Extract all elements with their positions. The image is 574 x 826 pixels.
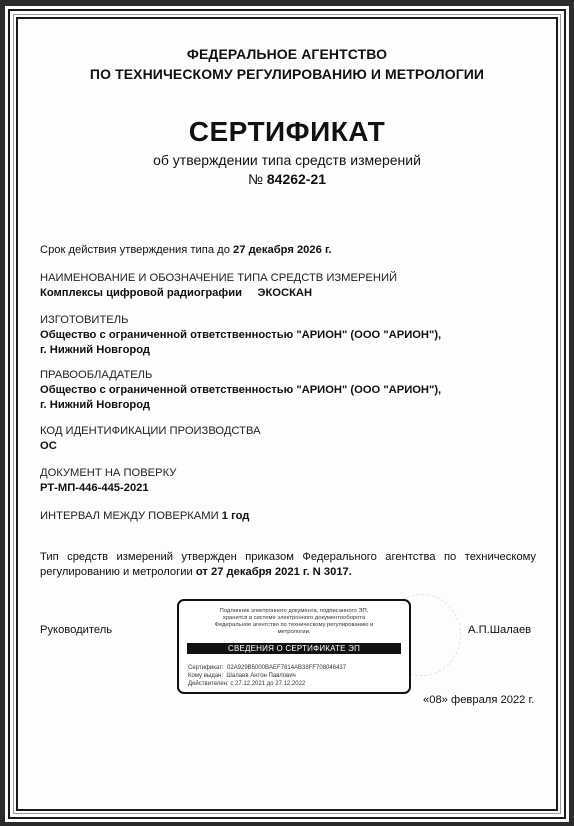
issued-to-row: Кому выдан: Шалаев Антон Павлович: [188, 672, 346, 680]
section-value: Общество с ограниченной ответственностью…: [40, 328, 441, 343]
number-sign: №: [248, 171, 263, 187]
certificate-number-value: 84262-21: [267, 171, 326, 187]
electronic-signature-stamp: Подлинник электронного документа, подпис…: [177, 599, 411, 694]
stamp-note: Подлинник электронного документа, подпис…: [179, 608, 409, 636]
section-manufacturer: ИЗГОТОВИТЕЛЬ Общество с ограниченной отв…: [40, 313, 441, 358]
section-value: РТ-МП-446-445-2021: [40, 481, 176, 496]
agency-name-line1: ФЕДЕРАЛЬНОЕ АГЕНТСТВО: [5, 44, 569, 64]
section-label: ИЗГОТОВИТЕЛЬ: [40, 313, 441, 328]
section-label: ПРАВООБЛАДАТЕЛЬ: [40, 368, 441, 383]
section-value-city: г. Нижний Новгород: [40, 398, 441, 413]
section-value: Общество с ограниченной ответственностью…: [40, 383, 441, 398]
section-verification-document: ДОКУМЕНТ НА ПОВЕРКУ РТ-МП-446-445-2021: [40, 466, 176, 496]
certificate-page: ФЕДЕРАЛЬНОЕ АГЕНТСТВО ПО ТЕХНИЧЕСКОМУ РЕ…: [5, 6, 569, 822]
interval-value: 1 год: [222, 510, 250, 522]
approval-order-paragraph: Тип средств измерений утвержден приказом…: [40, 550, 536, 580]
section-production-code: КОД ИДЕНТИФИКАЦИИ ПРОИЗВОДСТВА ОС: [40, 424, 261, 454]
section-value-city: г. Нижний Новгород: [40, 343, 441, 358]
interval-label: ИНТЕРВАЛ МЕЖДУ ПОВЕРКАМИ: [40, 510, 219, 522]
verification-interval: ИНТЕРВАЛ МЕЖДУ ПОВЕРКАМИ 1 год: [40, 509, 249, 524]
document-title: СЕРТИФИКАТ: [5, 116, 569, 148]
validity-row: Действителен: с 27.12.2021 до 27.12.2022: [188, 680, 346, 688]
certificate-id-row: Сертификат: 02A929B5000BAEF7814AB38FF708…: [188, 664, 346, 672]
validity-prefix: Срок действия утверждения типа до: [40, 244, 230, 256]
section-rights-holder: ПРАВООБЛАДАТЕЛЬ Общество с ограниченной …: [40, 368, 441, 413]
section-type-name: НАИМЕНОВАНИЕ И ОБОЗНАЧЕНИЕ ТИПА СРЕДСТВ …: [40, 271, 397, 301]
validity-date: 27 декабря 2026 г.: [233, 244, 332, 256]
document-subtitle: об утверждении типа средств измерений: [5, 152, 569, 168]
certificate-number: № 84262-21: [5, 171, 569, 187]
agency-name-line2: ПО ТЕХНИЧЕСКОМУ РЕГУЛИРОВАНИЮ И МЕТРОЛОГ…: [5, 64, 569, 84]
signatory-name: А.П.Шалаев: [468, 623, 531, 638]
signature-date: «08» февраля 2022 г.: [423, 693, 534, 708]
section-value: Комплексы цифровой радиографии ЭКОСКАН: [40, 286, 397, 301]
validity-line: Срок действия утверждения типа до 27 дек…: [40, 243, 332, 258]
section-value: ОС: [40, 439, 261, 454]
section-label: ДОКУМЕНТ НА ПОВЕРКУ: [40, 466, 176, 481]
signatory-role: Руководитель: [40, 623, 112, 638]
stamp-header: СВЕДЕНИЯ О СЕРТИФИКАТЕ ЭП: [187, 643, 401, 654]
section-label: НАИМЕНОВАНИЕ И ОБОЗНАЧЕНИЕ ТИПА СРЕДСТВ …: [40, 271, 397, 286]
section-label: КОД ИДЕНТИФИКАЦИИ ПРОИЗВОДСТВА: [40, 424, 261, 439]
order-reference: от 27 декабря 2021 г. N 3017.: [196, 566, 352, 578]
stamp-details: Сертификат: 02A929B5000BAEF7814AB38FF708…: [188, 664, 346, 688]
